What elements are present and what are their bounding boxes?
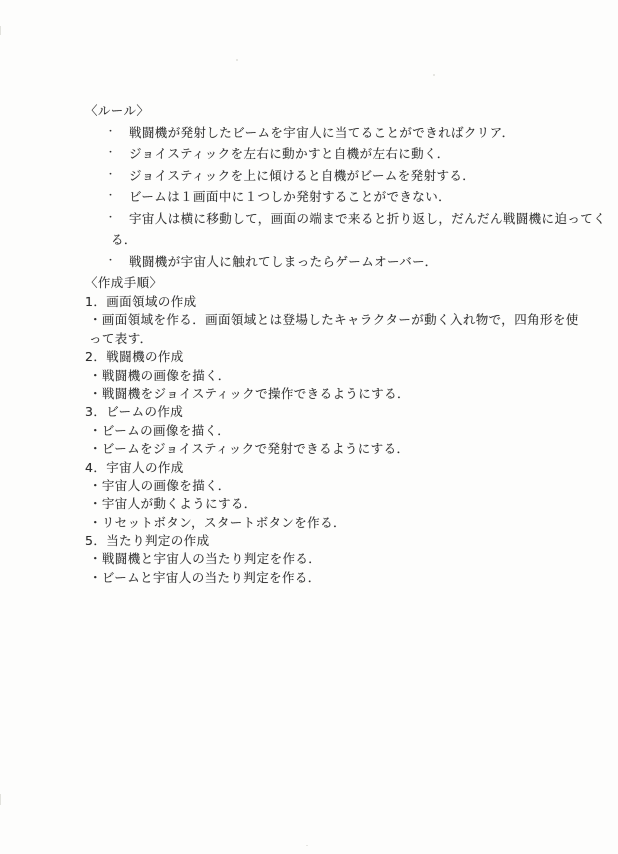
- bullet-icon: ・: [106, 165, 115, 187]
- step-title: 画面領域の作成: [106, 294, 196, 309]
- rule-text: 宇宙人は横に移動して，画面の端まで来ると折り返し，だんだん戦闘機に迫ってく: [129, 208, 618, 230]
- rule-text: ビームは１画面中に１つしか発射することができない．: [129, 186, 618, 208]
- scanned-document-page: { "page": { "background_color": "#fdfdfc…: [0, 0, 618, 854]
- substep-text: ・宇宙人が動くようにする．: [0, 495, 618, 513]
- step-title: 当たり判定の作成: [106, 533, 209, 548]
- bullet-icon: ・: [106, 251, 115, 273]
- substep-text: ・ビームをジョイスティックで発射できるようにする．: [0, 440, 618, 458]
- step-title: 宇宙人の作成: [106, 460, 183, 475]
- bullet-icon: ・: [106, 143, 115, 165]
- bullet-icon: ・: [106, 208, 115, 230]
- rule-text: 戦闘機が発射したビームを宇宙人に当てることができればクリア．: [129, 122, 618, 144]
- rules-section-heading: 〈ルール〉: [0, 100, 618, 122]
- rule-item: ・ ジョイスティックを上に傾けると自機がビームを発射する．: [0, 165, 618, 187]
- step-heading: 3．ビームの作成: [0, 403, 618, 421]
- substep-text: ・戦闘機と宇宙人の当たり判定を作る．: [0, 550, 618, 568]
- substep-text: ・戦闘機をジョイスティックで操作できるようにする．: [0, 385, 618, 403]
- step-heading: 5．当たり判定の作成: [0, 532, 618, 550]
- step-heading: 4．宇宙人の作成: [0, 459, 618, 477]
- rule-text: ジョイスティックを左右に動かすと自機が左右に動く．: [129, 143, 618, 165]
- step-number: 5．: [85, 533, 106, 548]
- rule-item: ・ ビームは１画面中に１つしか発射することができない．: [0, 186, 618, 208]
- substep-text: ・戦闘機の画像を描く．: [0, 367, 618, 385]
- scan-speck: [306, 845, 308, 846]
- scan-edge-mark: [0, 794, 1, 805]
- rule-text-continuation: る．: [111, 229, 618, 251]
- scan-edge-mark: [0, 26, 1, 35]
- rule-text: ジョイスティックを上に傾けると自機がビームを発射する．: [129, 165, 618, 187]
- rule-item: ・ 宇宙人は横に移動して，画面の端まで来ると折り返し，だんだん戦闘機に迫ってく …: [0, 208, 618, 251]
- substep-text: ・リセットボタン，スタートボタンを作る．: [0, 514, 618, 532]
- step-number: 2．: [85, 349, 106, 364]
- procedure-section-heading: 〈作成手順〉: [0, 272, 618, 293]
- step-title: ビームの作成: [106, 404, 183, 419]
- rule-text: 戦闘機が宇宙人に触れてしまったらゲームオーバー．: [129, 251, 618, 273]
- step-title: 戦闘機の作成: [106, 349, 183, 364]
- substep-text-continuation: って表す．: [0, 330, 618, 348]
- rule-item: ・ ジョイスティックを左右に動かすと自機が左右に動く．: [0, 143, 618, 165]
- rule-item: ・ 戦闘機が発射したビームを宇宙人に当てることができればクリア．: [0, 122, 618, 144]
- step-heading: 1．画面領域の作成: [0, 293, 618, 311]
- step-number: 3．: [85, 404, 106, 419]
- substep-text: ・画面領域を作る．画面領域とは登場したキャラクターが動く入れ物で，四角形を使: [0, 311, 618, 329]
- substep-text: ・ビームと宇宙人の当たり判定を作る．: [0, 569, 618, 587]
- step-heading: 2．戦闘機の作成: [0, 348, 618, 366]
- substep-text: ・宇宙人の画像を描く．: [0, 477, 618, 495]
- substep-text: ・ビームの画像を描く．: [0, 422, 618, 440]
- bullet-icon: ・: [106, 122, 115, 144]
- document-body: 〈ルール〉 ・ 戦闘機が発射したビームを宇宙人に当てることができればクリア． ・…: [0, 0, 618, 587]
- scan-speck: [236, 59, 238, 61]
- scan-speck: [433, 74, 435, 76]
- step-number: 1．: [85, 294, 106, 309]
- bullet-icon: ・: [106, 186, 115, 208]
- step-number: 4．: [85, 460, 106, 475]
- rule-item: ・ 戦闘機が宇宙人に触れてしまったらゲームオーバー．: [0, 251, 618, 273]
